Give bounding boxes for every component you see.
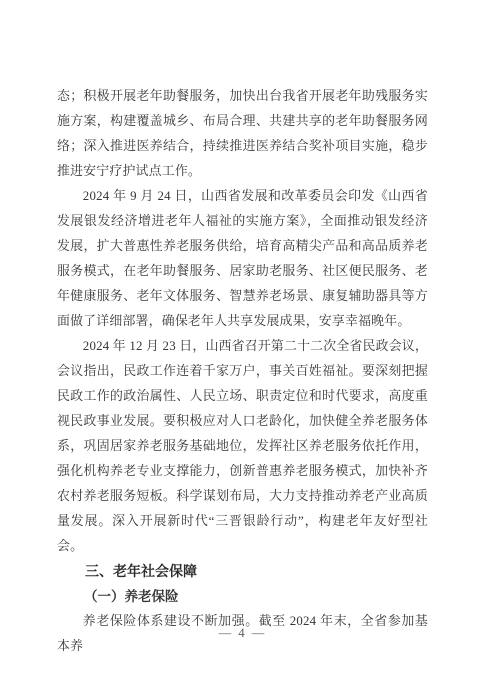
page-number: — 4 — bbox=[0, 626, 485, 641]
subsection-heading: （一）养老保险 bbox=[57, 584, 428, 609]
body-paragraph-continuation: 态；积极开展老年助餐服务，加快出台我省开展老年助残服务实施方案，构建覆盖城乡、布… bbox=[57, 84, 428, 184]
document-page: 态；积极开展老年助餐服务，加快出台我省开展老年助残服务实施方案，构建覆盖城乡、布… bbox=[0, 0, 485, 686]
body-paragraph: 2024 年 12 月 23 日，山西省召开第二十二次全省民政会议，会议指出，民… bbox=[57, 334, 428, 559]
document-text-block: 态；积极开展老年助餐服务，加快出台我省开展老年助残服务实施方案，构建覆盖城乡、布… bbox=[57, 84, 428, 659]
body-paragraph: 2024 年 9 月 24 日，山西省发展和改革委员会印发《山西省发展银发经济增… bbox=[57, 184, 428, 334]
section-heading: 三、老年社会保障 bbox=[57, 559, 428, 584]
